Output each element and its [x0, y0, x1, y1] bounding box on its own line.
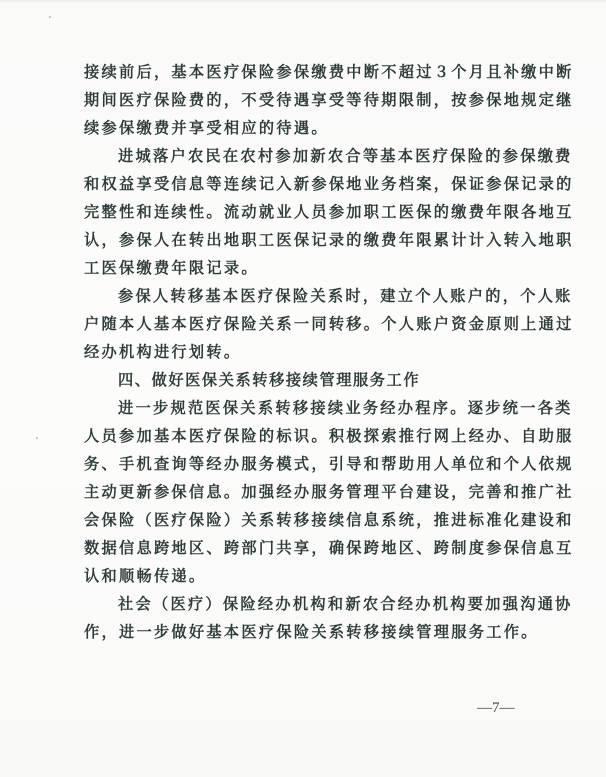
text-line: 认和顺畅传递。 — [84, 562, 488, 590]
text-line: 会保险（医疗保险）关系转移接续信息系统，推进标准化建设和 — [84, 506, 488, 534]
scan-speck — [36, 437, 38, 439]
text-line: 进城落户农民在农村参加新农合等基本医疗保险的参保缴费 — [84, 142, 488, 170]
text-line: 作，进一步做好基本医疗保险关系转移接续管理服务工作。 — [84, 618, 488, 646]
text-line: 期间医疗保险费的，不受待遇享受等待期限制，按参保地规定继 — [84, 86, 488, 114]
page-number: —7— — [477, 700, 515, 717]
paragraph-coordination: 社会（医疗）保险经办机构和新农合经办机构要加强沟通协 作，进一步做好基本医疗保险… — [84, 590, 488, 646]
text-line: 主动更新参保信息。加强经办服务管理平台建设，完善和推广社 — [84, 478, 488, 506]
text-line: 工医保缴费年限记录。 — [84, 254, 488, 282]
text-line: 人员参加基本医疗保险的标识。积极探索推行网上经办、自助服 — [84, 422, 488, 450]
text-line: 进一步规范医保关系转移接续业务经办程序。逐步统一各类 — [84, 394, 488, 422]
document-page: 接续前后，基本医疗保险参保缴费中断不超过３个月且补缴中断 期间医疗保险费的，不受… — [0, 0, 606, 777]
section-heading: 四、做好医保关系转移接续管理服务工作 — [84, 366, 488, 394]
text-line: 接续前后，基本医疗保险参保缴费中断不超过３个月且补缴中断 — [84, 58, 488, 86]
section-heading-text: 四、做好医保关系转移接续管理服务工作 — [84, 366, 488, 394]
paragraph-continuation: 接续前后，基本医疗保险参保缴费中断不超过３个月且补缴中断 期间医疗保险费的，不受… — [84, 58, 488, 142]
text-line: 参保人转移基本医疗保险关系时，建立个人账户的，个人账 — [84, 282, 488, 310]
text-line: 数据信息跨地区、跨部门共享，确保跨地区、跨制度参保信息互 — [84, 534, 488, 562]
text-line: 务、手机查询等经办服务模式，引导和帮助用人单位和个人依规 — [84, 450, 488, 478]
scan-speck — [49, 16, 51, 18]
text-line: 认，参保人在转出地职工医保记录的缴费年限累计计入转入地职 — [84, 226, 488, 254]
text-line: 户随本人基本医疗保险关系一同转移。个人账户资金原则上通过 — [84, 310, 488, 338]
scan-edge — [0, 0, 606, 2]
paragraph-rural-migrants: 进城落户农民在农村参加新农合等基本医疗保险的参保缴费 和权益享受信息等连续记入新… — [84, 142, 488, 282]
paragraph-personal-account: 参保人转移基本医疗保险关系时，建立个人账户的，个人账 户随本人基本医疗保险关系一… — [84, 282, 488, 366]
paragraph-standardize-procedures: 进一步规范医保关系转移接续业务经办程序。逐步统一各类 人员参加基本医疗保险的标识… — [84, 394, 488, 590]
text-line: 社会（医疗）保险经办机构和新农合经办机构要加强沟通协 — [84, 590, 488, 618]
text-line: 和权益享受信息等连续记入新参保地业务档案，保证参保记录的 — [84, 170, 488, 198]
text-line: 完整性和连续性。流动就业人员参加职工医保的缴费年限各地互 — [84, 198, 488, 226]
text-line: 经办机构进行划转。 — [84, 338, 488, 366]
text-line: 续参保缴费并享受相应的待遇。 — [84, 114, 488, 142]
document-body: 接续前后，基本医疗保险参保缴费中断不超过３个月且补缴中断 期间医疗保险费的，不受… — [84, 58, 488, 646]
